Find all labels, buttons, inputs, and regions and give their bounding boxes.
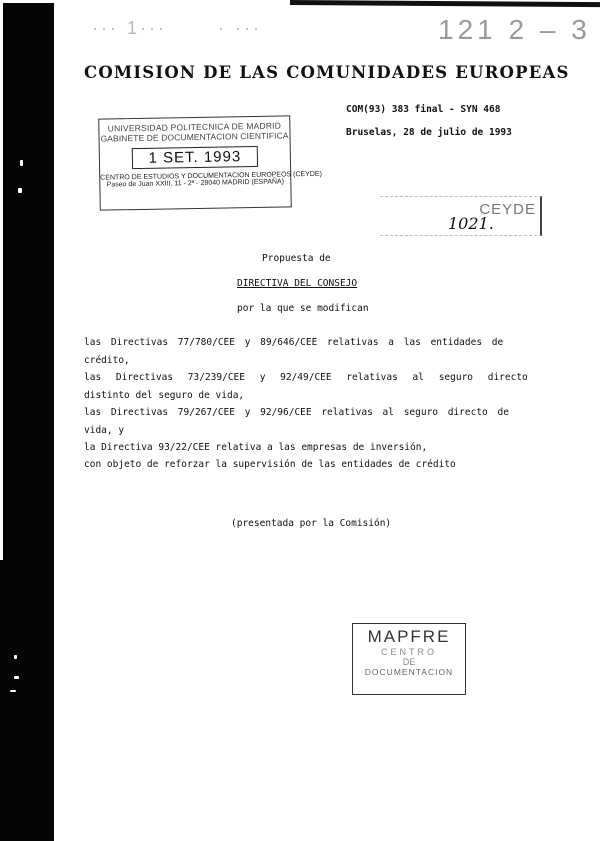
stamp-line: CENTRO [353, 647, 465, 657]
document-reference: COM(93) 383 final - SYN 468 [346, 104, 500, 115]
handwritten-note: · ··· [218, 18, 262, 39]
registration-number: 1021. [448, 214, 494, 233]
institution-title: COMISION DE LAS COMUNIDADES EUROPEAS [84, 63, 570, 82]
scan-speck [18, 188, 22, 193]
handwritten-note: ··· 1··· [92, 18, 167, 39]
scan-speck [14, 655, 17, 659]
mapfre-documentation-stamp: MAPFRE CENTRO DE DOCUMENTACION [352, 623, 466, 695]
body-line: crédito, [84, 355, 130, 366]
stamp-date: 1 SET. 1993 [131, 146, 258, 169]
modifies-label: por la que se modifican [237, 303, 369, 314]
body-line: vida, y [84, 425, 124, 436]
stamp-line: DOCUMENTACION [353, 667, 465, 677]
body-line: distinto del seguro de vida, [84, 390, 244, 401]
ceyde-registration-stamp: CEYDE 1021. [380, 196, 542, 236]
presented-by: (presentada por la Comisión) [231, 518, 391, 529]
document-date: Bruselas, 28 de julio de 1993 [346, 127, 512, 138]
directive-title: DIRECTIVA DEL CONSEJO [237, 278, 357, 289]
scan-top-edge [290, 0, 600, 7]
scan-speck [14, 676, 19, 679]
stamp-brand: MAPFRE [353, 627, 465, 647]
body-line: la Directiva 93/22/CEE relativa a las em… [84, 442, 427, 453]
body-line: las Directivas 73/239/CEE y 92/49/CEE re… [84, 372, 528, 383]
proposal-label: Propuesta de [262, 253, 331, 264]
scan-margin-bar-bottom [0, 560, 51, 841]
handwritten-reference: 121 2 – 3 [438, 14, 591, 46]
body-line: las Directivas 79/267/CEE y 92/96/CEE re… [84, 407, 509, 418]
university-reception-stamp: UNIVERSIDAD POLITECNICA DE MADRID GABINE… [98, 115, 292, 210]
body-line: con objeto de reforzar la supervisión de… [84, 459, 456, 470]
body-line: las Directivas 77/780/CEE y 89/646/CEE r… [84, 337, 503, 348]
stamp-line: DE [353, 657, 465, 667]
scan-speck [20, 160, 23, 166]
scan-speck [10, 690, 16, 692]
stamp-line: GABINETE DE DOCUMENTACION CIENTIFICA [99, 130, 289, 143]
